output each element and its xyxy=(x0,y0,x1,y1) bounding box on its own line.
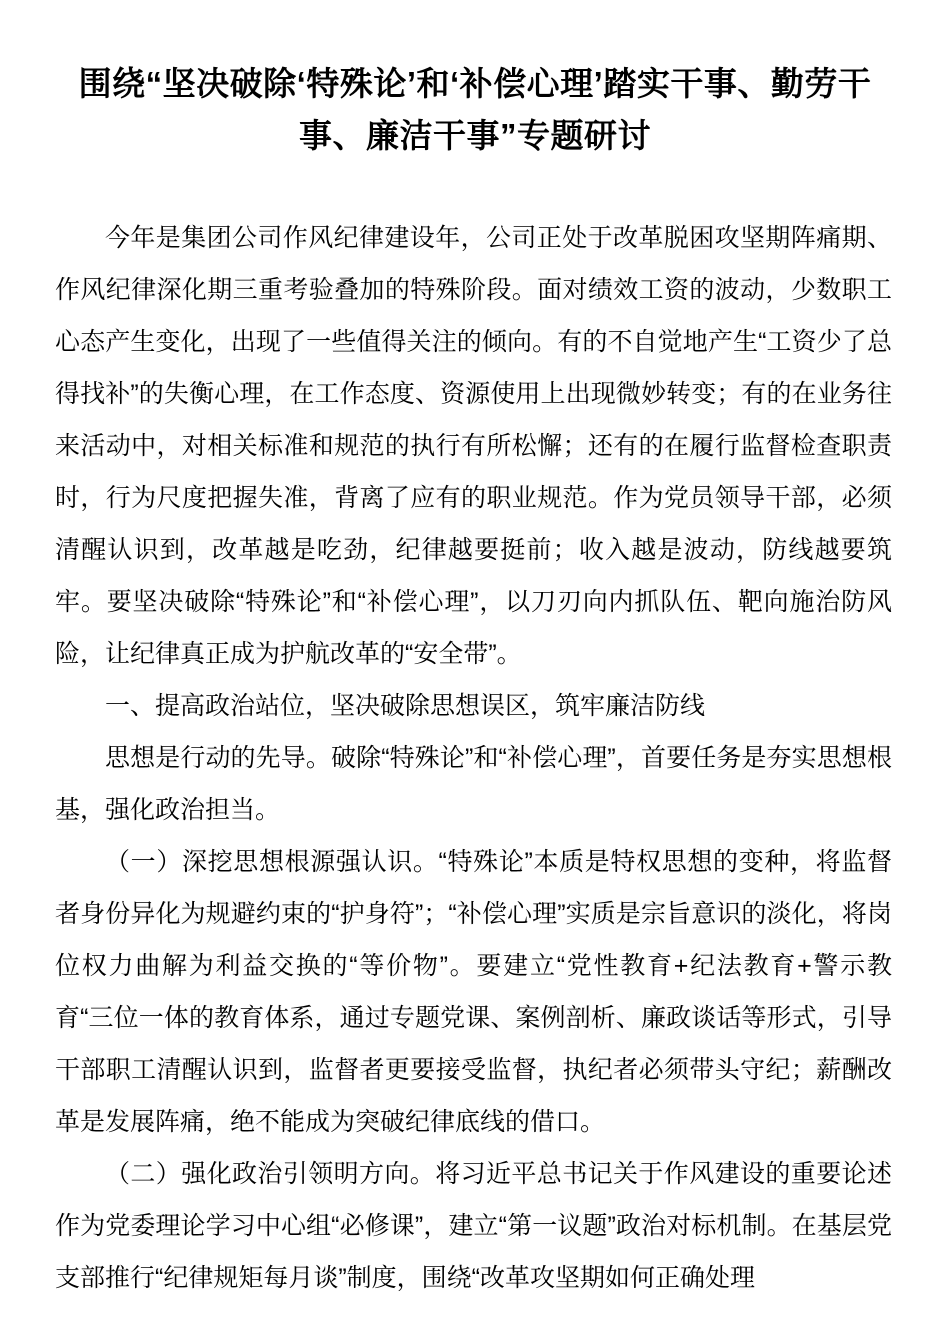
paragraph-point-2: （二）强化政治引领明方向。将习近平总书记关于作风建设的重要论述作为党委理论学习中… xyxy=(55,1148,892,1304)
document-title: 围绕“坚决破除‘特殊论’和‘补偿心理’踏实干事、勤劳干事、廉洁干事”专题研讨 xyxy=(50,0,900,162)
paragraph-point-1: （一）深挖思想根源强认识。“特殊论”本质是特权思想的变种，将监督者身份异化为规避… xyxy=(55,836,892,1148)
document-page: 围绕“坚决破除‘特殊论’和‘补偿心理’踏实干事、勤劳干事、廉洁干事”专题研讨 今… xyxy=(0,0,950,1344)
section-heading-1: 一、提高政治站位，坚决破除思想误区，筑牢廉洁防线 xyxy=(55,680,892,732)
document-body: 今年是集团公司作风纪律建设年，公司正处于改革脱困攻坚期阵痛期、作风纪律深化期三重… xyxy=(55,212,892,1304)
paragraph-section1-lead: 思想是行动的先导。破除“特殊论”和“补偿心理”，首要任务是夯实思想根基，强化政治… xyxy=(55,732,892,836)
paragraph-intro: 今年是集团公司作风纪律建设年，公司正处于改革脱困攻坚期阵痛期、作风纪律深化期三重… xyxy=(55,212,892,680)
